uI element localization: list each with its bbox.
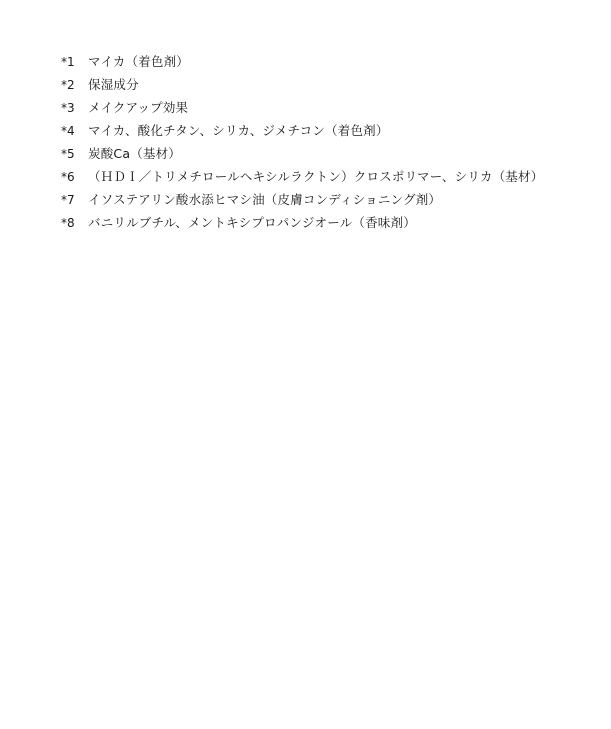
footnote-list: *1 マイカ（着色剤） *2 保湿成分 *3 メイクアップ効果 *4 マイカ、酸… [61, 50, 543, 234]
footnote-item: *2 保湿成分 [61, 73, 543, 96]
footnote-text: 保湿成分 [88, 73, 139, 96]
footnote-marker: *3 [61, 97, 88, 120]
footnote-marker: *7 [61, 189, 88, 212]
footnote-marker: *1 [61, 51, 88, 74]
footnote-text: バニリルブチル、メントキシプロパンジオール（香味剤） [88, 211, 416, 234]
footnote-item: *5 炭酸Ca（基材） [61, 142, 543, 165]
footnote-marker: *6 [61, 166, 88, 189]
footnote-marker: *8 [61, 212, 88, 235]
footnote-item: *3 メイクアップ効果 [61, 96, 543, 119]
footnote-item: *7 イソステアリン酸水添ヒマシ油（皮膚コンディショニング剤） [61, 188, 543, 211]
footnote-text: イソステアリン酸水添ヒマシ油（皮膚コンディショニング剤） [88, 188, 441, 211]
footnote-text: メイクアップ効果 [88, 96, 188, 119]
footnote-text: （ＨＤＩ／トリメチロールヘキシルラクトン）クロスポリマー、シリカ（基材） [88, 165, 543, 188]
footnote-text: マイカ、酸化チタン、シリカ、ジメチコン（着色剤） [88, 119, 389, 142]
footnote-text: マイカ（着色剤） [88, 50, 189, 73]
footnote-marker: *4 [61, 120, 88, 143]
footnote-text: 炭酸Ca（基材） [88, 142, 181, 165]
footnote-item: *1 マイカ（着色剤） [61, 50, 543, 73]
footnote-item: *8 バニリルブチル、メントキシプロパンジオール（香味剤） [61, 211, 543, 234]
footnote-item: *4 マイカ、酸化チタン、シリカ、ジメチコン（着色剤） [61, 119, 543, 142]
footnote-item: *6 （ＨＤＩ／トリメチロールヘキシルラクトン）クロスポリマー、シリカ（基材） [61, 165, 543, 188]
footnote-marker: *2 [61, 74, 88, 97]
footnote-marker: *5 [61, 143, 88, 166]
